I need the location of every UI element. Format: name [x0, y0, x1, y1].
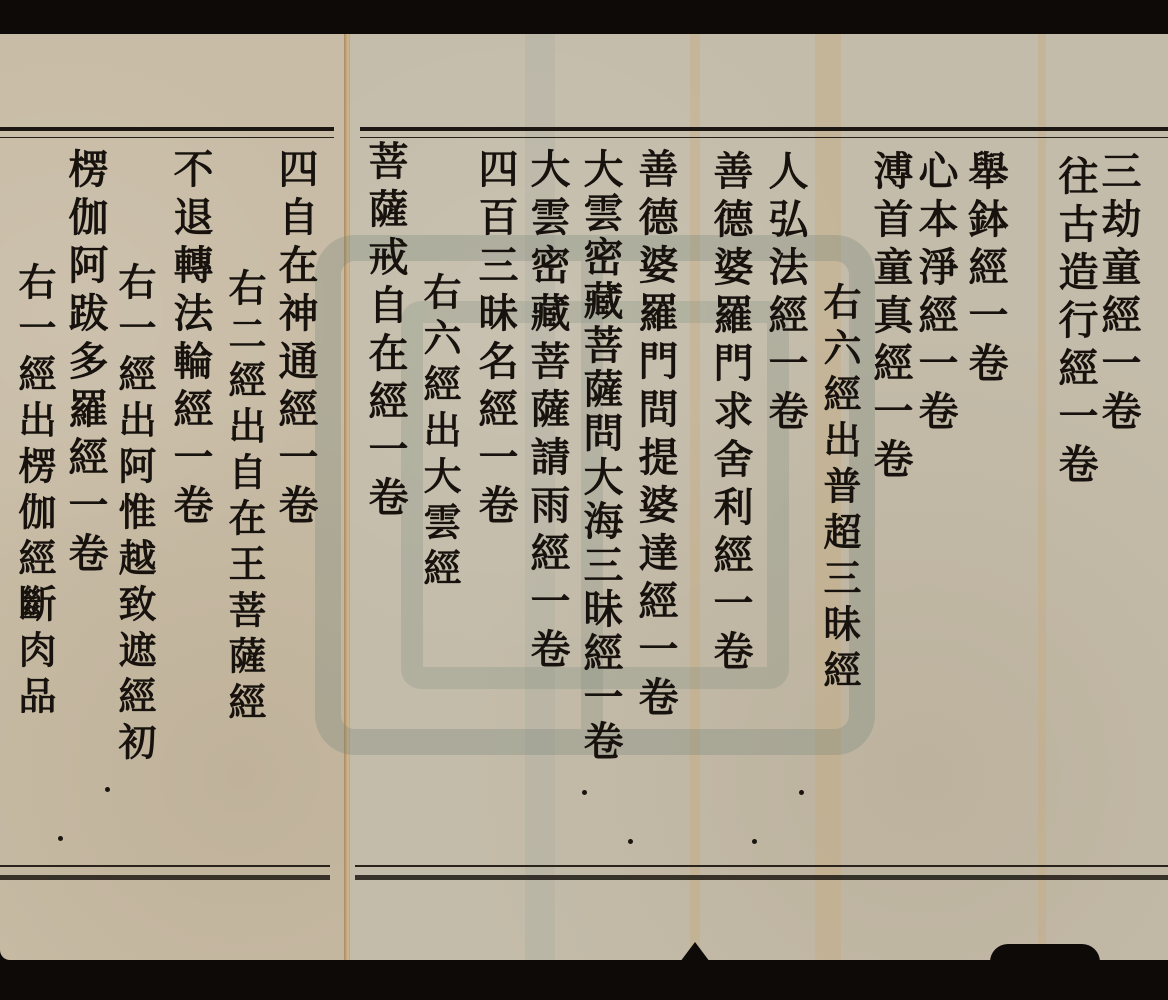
catalogue-entry: 善德婆羅門求舍利經一卷	[710, 150, 750, 678]
paper-damage	[990, 944, 1100, 962]
source-note: 右一經出阿惟越致遮經初	[115, 262, 153, 768]
catalogue-entry: 溥首童真經一卷	[870, 150, 910, 486]
guide-dot	[752, 839, 757, 844]
catalogue-entry: 大雲密藏菩薩請雨經一卷	[527, 148, 567, 676]
bottom-thick-rule-right	[355, 875, 1168, 880]
catalogue-entry: 四百三昧名經一卷	[475, 148, 515, 532]
guide-dot	[799, 790, 804, 795]
catalogue-entry: 菩薩戒自在經一卷	[365, 140, 405, 524]
source-note: 右六經出普超三昧經	[820, 282, 858, 696]
bottom-thick-rule-left	[0, 875, 330, 880]
catalogue-entry: 舉鉢經一卷	[965, 150, 1005, 390]
top-thin-rule-left	[0, 137, 334, 138]
catalogue-entry: 三劫童經一卷	[1098, 150, 1138, 438]
catalogue-entry: 不退轉法輪經一卷	[170, 148, 210, 532]
top-thin-rule-right	[360, 137, 1168, 138]
source-note: 右一經出楞伽經斷肉品	[15, 262, 53, 722]
top-rule-left	[0, 127, 334, 131]
source-note: 右二經出自在王菩薩經	[225, 268, 263, 728]
guide-dot	[628, 839, 633, 844]
guide-dot	[105, 787, 110, 792]
bottom-rule-right	[355, 865, 1168, 867]
catalogue-entry: 善德婆羅門問提婆達經一卷	[635, 148, 675, 724]
guide-dot	[582, 790, 587, 795]
top-rule-right	[360, 127, 1168, 131]
catalogue-entry: 人弘法經一卷	[765, 150, 805, 438]
paper-seam	[1038, 34, 1046, 960]
catalogue-entry: 四自在神通經一卷	[275, 148, 315, 532]
catalogue-entry: 大雲密藏菩薩問大海三昧經一卷	[580, 148, 620, 764]
guide-dot	[58, 836, 63, 841]
catalogue-entry: 楞伽阿跋多羅經一卷	[65, 148, 105, 580]
bottom-rule-left	[0, 865, 330, 867]
catalogue-entry: 往古造行經一卷	[1055, 155, 1095, 491]
source-note: 右六經出大雲經	[420, 272, 458, 594]
catalogue-entry: 心本淨經一卷	[915, 150, 955, 438]
